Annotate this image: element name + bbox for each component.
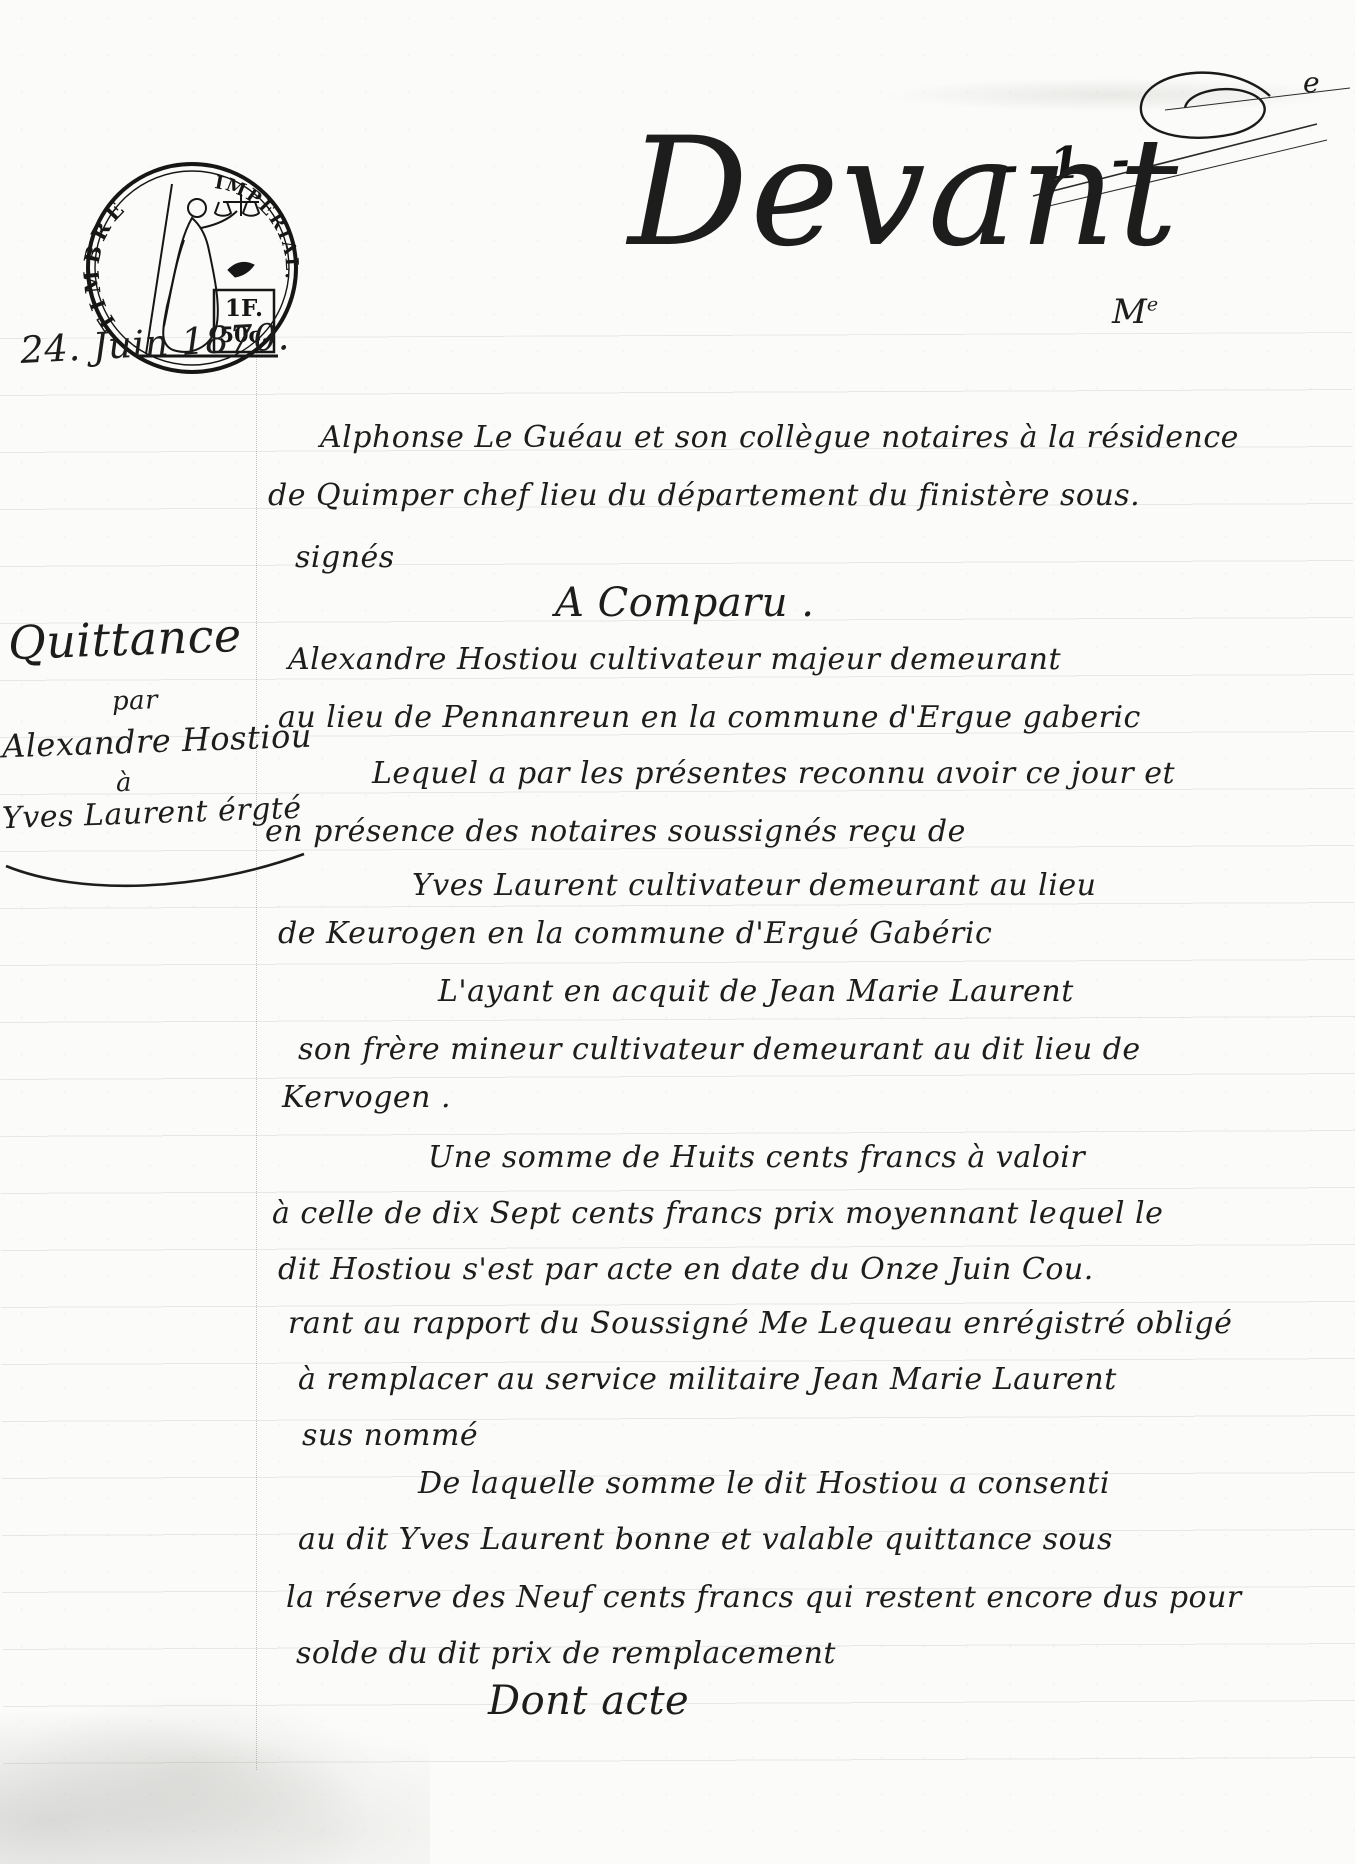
manuscript-page: TIMBRE IMPERIAL. 1F. 50c. — [0, 0, 1355, 1864]
manuscript-line: son frère mineur cultivateur demeurant a… — [298, 1032, 1141, 1067]
heading-devant: Devant — [628, 118, 1180, 268]
manuscript-line: De laquelle somme le dit Hostiou a conse… — [418, 1466, 1110, 1501]
manuscript-line: à remplacer au service militaire Jean Ma… — [298, 1362, 1117, 1397]
manuscript-line: à celle de dix Sept cents francs prix mo… — [272, 1196, 1163, 1231]
manuscript-line: de Keurogen en la commune d'Ergué Gabéri… — [278, 916, 992, 951]
heading-honorific: Me — [1112, 292, 1158, 332]
manuscript-line: Kervogen . — [282, 1080, 451, 1115]
manuscript-line: Yves Laurent cultivateur demeurant au li… — [412, 868, 1096, 903]
manuscript-line: Une somme de Huits cents francs à valoir — [428, 1140, 1085, 1175]
margin-rule-line — [256, 330, 257, 1770]
margin-note-swash — [0, 848, 310, 908]
manuscript-line: A Comparu . — [555, 580, 814, 626]
manuscript-line: Alphonse Le Guéau et son collègue notair… — [320, 420, 1239, 455]
manuscript-line: de Quimper chef lieu du département du f… — [268, 478, 1140, 513]
manuscript-line: Lequel a par les présentes reconnu avoir… — [372, 756, 1175, 791]
manuscript-line: au dit Yves Laurent bonne et valable qui… — [298, 1522, 1113, 1557]
manuscript-line: la réserve des Neuf cents francs qui res… — [286, 1580, 1242, 1615]
margin-note-line: par — [111, 685, 158, 717]
manuscript-line: dit Hostiou s'est par acte en date du On… — [278, 1252, 1094, 1287]
manuscript-line: solde du dit prix de remplacement — [296, 1636, 836, 1671]
margin-note-line: Alexandre Hostiou — [1, 717, 312, 766]
margin-note-title: Quittance — [7, 608, 242, 670]
manuscript-line: L'ayant en acquit de Jean Marie Laurent — [438, 974, 1074, 1009]
manuscript-line: rant au rapport du Soussigné Me Lequeau … — [288, 1306, 1232, 1341]
margin-note-line: Yves Laurent érgté — [1, 791, 302, 836]
honorific-superscript: e — [1147, 294, 1158, 316]
paraph-letter: e — [1303, 66, 1320, 99]
manuscript-line: signés — [295, 540, 395, 575]
manuscript-line: Dont acte — [488, 1678, 689, 1724]
margin-note-line: à — [115, 768, 132, 799]
manuscript-line: Alexandre Hostiou cultivateur majeur dem… — [288, 642, 1061, 677]
manuscript-line: au lieu de Pennanreun en la commune d'Er… — [278, 700, 1141, 735]
manuscript-line: en présence des notaires soussignés reçu… — [265, 814, 966, 849]
scan-smudge — [0, 1690, 430, 1864]
manuscript-line: sus nommé — [302, 1418, 478, 1453]
